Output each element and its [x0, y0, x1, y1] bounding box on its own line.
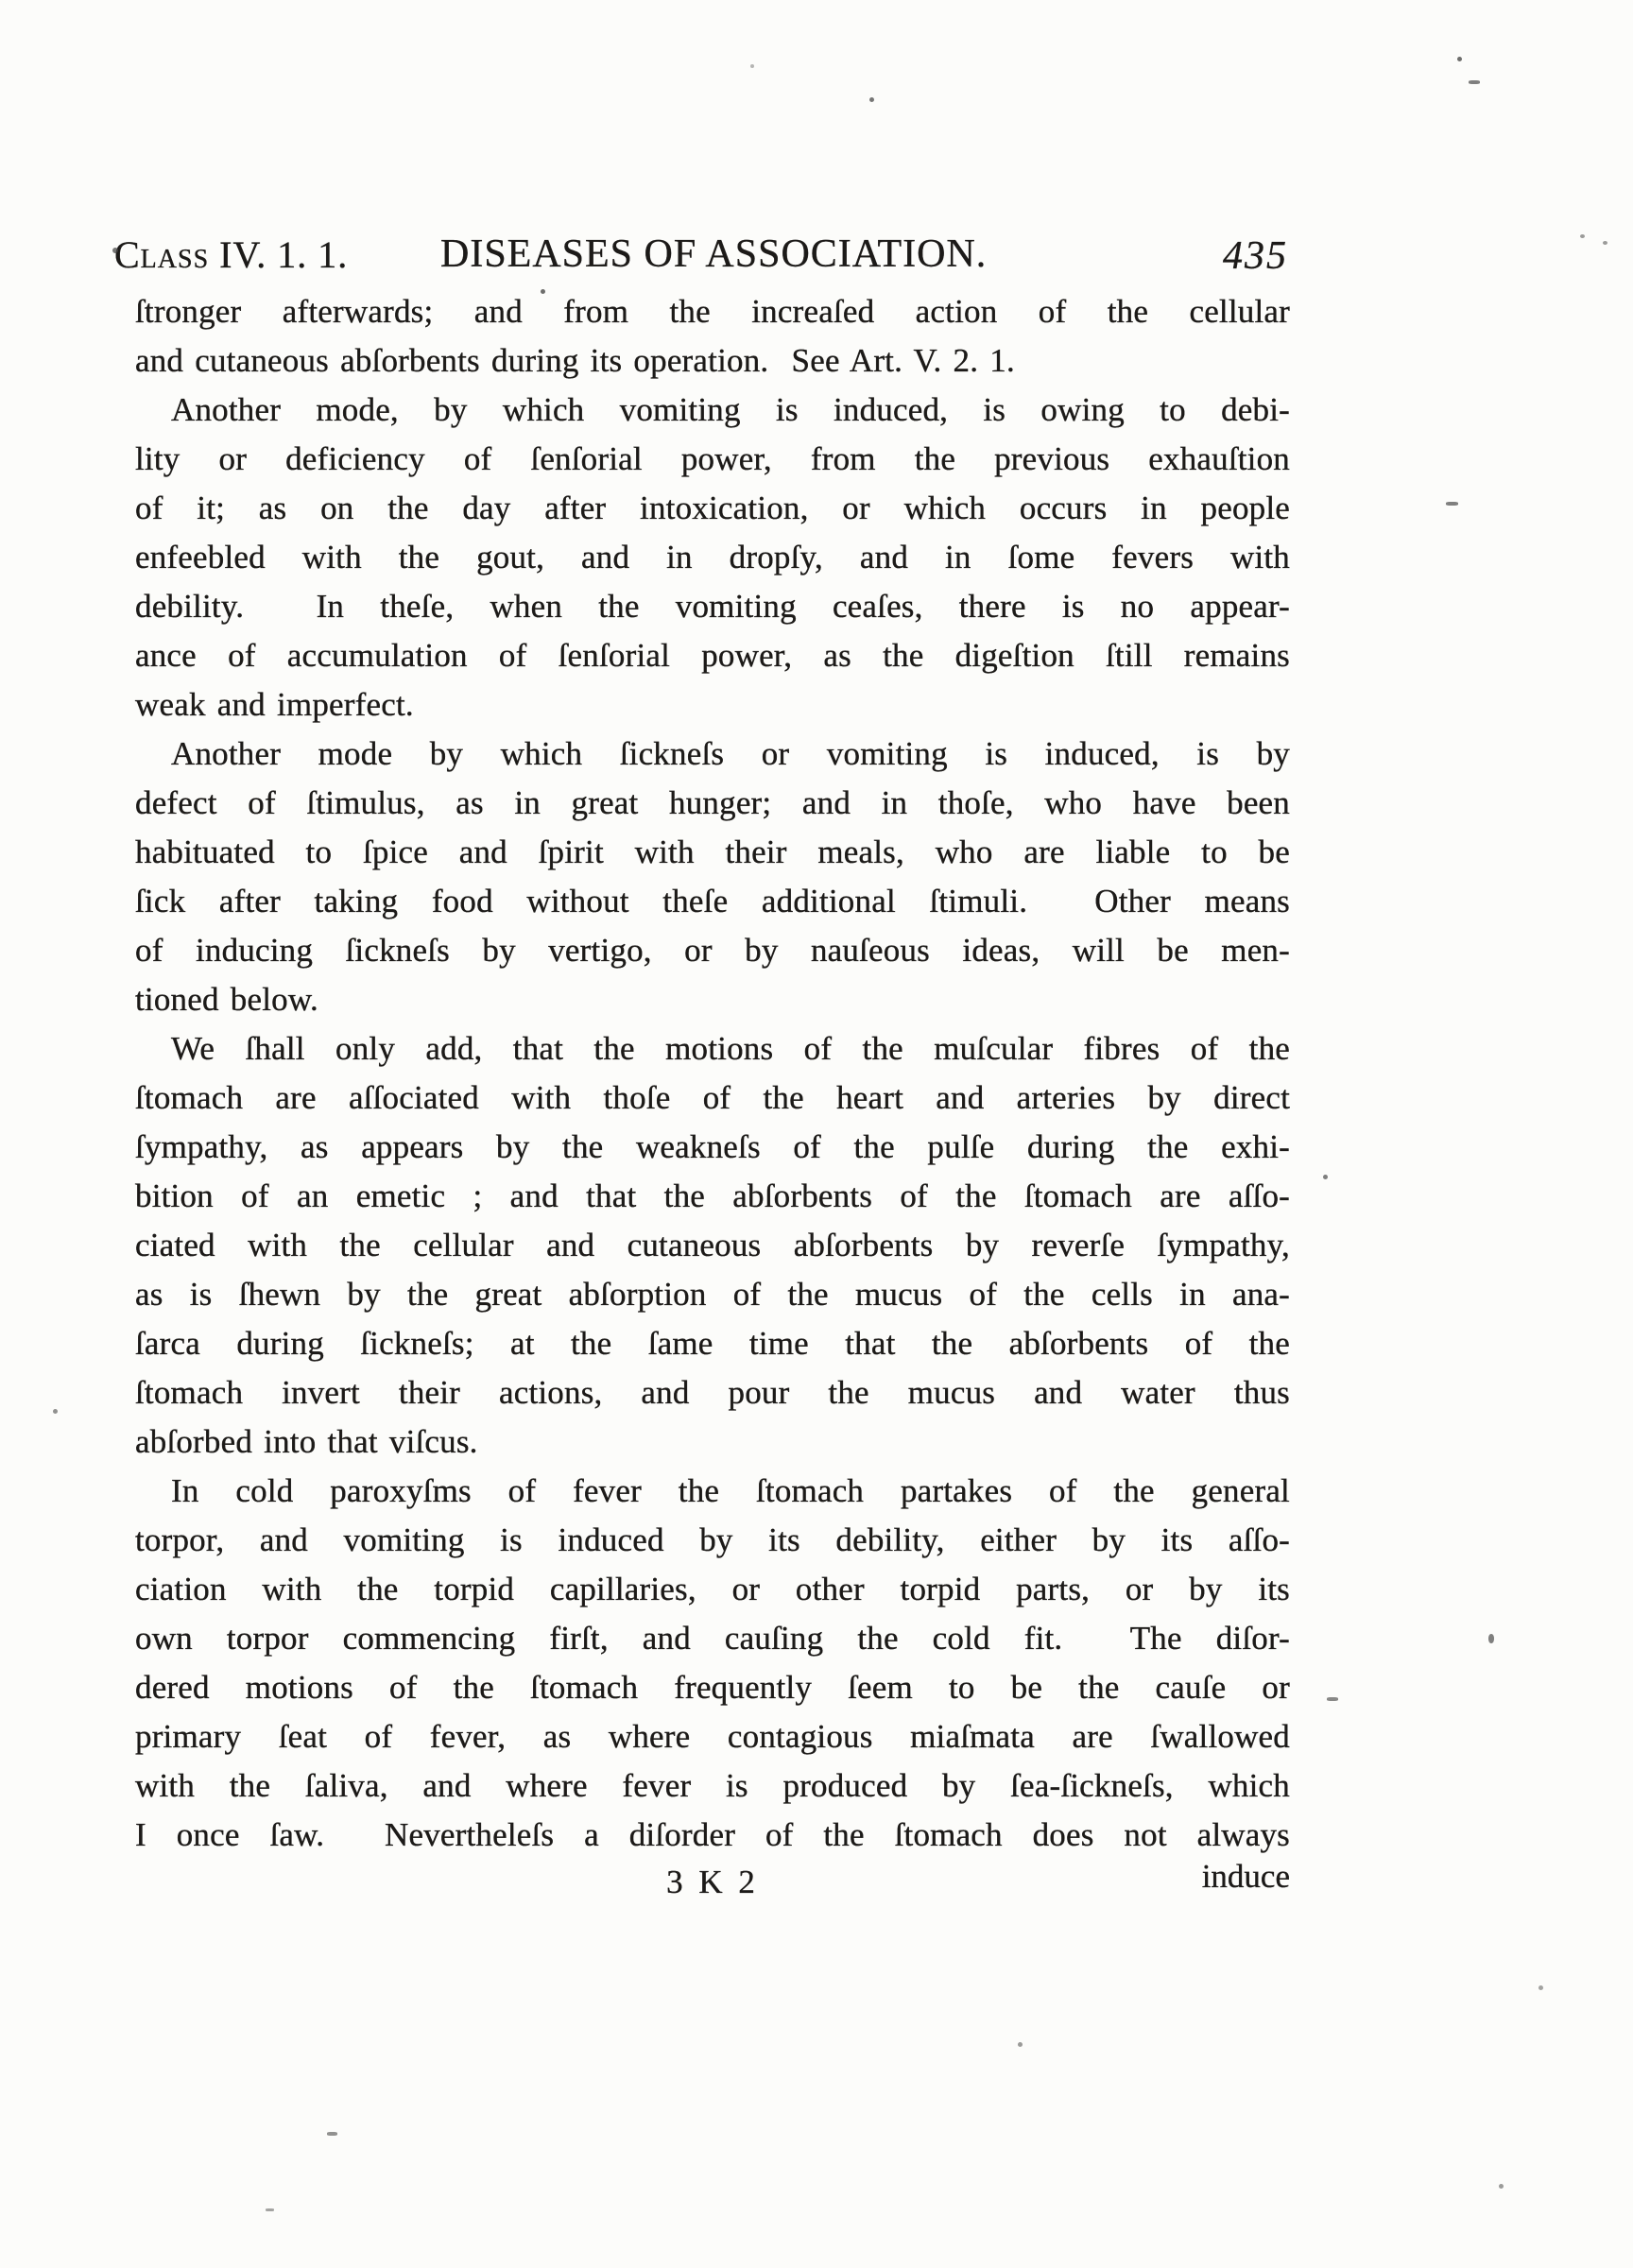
page-number: 435: [1223, 236, 1288, 276]
text-line: weak and imperfect.: [135, 680, 1290, 730]
scan-speck: [1457, 57, 1462, 61]
text-line: ſtronger afterwards; and from the increa…: [135, 287, 1290, 336]
text-line: primary ſeat of fever, as where contagio…: [135, 1712, 1290, 1761]
text-line: debility. In theſe, when the vomiting ce…: [135, 582, 1290, 631]
scan-speck: [112, 248, 118, 253]
text-line: ſtomach invert their actions, and pour t…: [135, 1368, 1290, 1417]
page-header: Class IV. 1. 1. DISEASES OF ASSOCIATION.…: [0, 223, 1633, 280]
text-line: enfeebled with the gout, and in dropſy, …: [135, 533, 1290, 582]
text-line: In cold paroxyſms of fever the ſtomach p…: [135, 1467, 1290, 1516]
scan-speck: [1446, 502, 1458, 506]
text-line: Another mode, by which vomiting is induc…: [135, 386, 1290, 435]
scan-speck: [327, 2132, 337, 2136]
text-line: of inducing ſickneſs by vertigo, or by n…: [135, 926, 1290, 975]
scan-speck: [1327, 1697, 1338, 1701]
text-line: bition of an emetic ; and that the abſor…: [135, 1172, 1290, 1221]
scan-speck: [750, 64, 754, 68]
scan-speck: [1018, 2042, 1023, 2047]
body-lines: ſtronger afterwards; and from the increa…: [135, 287, 1290, 1860]
text-line: habituated to ſpice and ſpirit with thei…: [135, 828, 1290, 877]
scan-speck: [1580, 234, 1585, 238]
text-line: ſympathy, as appears by the weakneſs of …: [135, 1123, 1290, 1172]
scan-speck: [541, 289, 545, 294]
text-line: We ſhall only add, that the motions of t…: [135, 1024, 1290, 1074]
scan-speck: [266, 2208, 274, 2211]
text-line: abſorbed into that viſcus.: [135, 1417, 1290, 1467]
scan-speck: [1603, 241, 1607, 245]
text-line: I once ſaw. Nevertheleſs a diſorder of t…: [135, 1811, 1290, 1860]
text-line: ciated with the cellular and cutaneous a…: [135, 1221, 1290, 1270]
page-footer: 3 K 2 induce: [135, 1858, 1290, 1907]
catchword: induce: [1202, 1852, 1290, 1901]
text-line: lity or deficiency of ſenſorial power, f…: [135, 435, 1290, 484]
text-line: of it; as on the day after intoxication,…: [135, 484, 1290, 533]
text-line: tioned below.: [135, 975, 1290, 1024]
text-line: with the ſaliva, and where fever is prod…: [135, 1761, 1290, 1811]
running-head-title: DISEASES OF ASSOCIATION.: [440, 234, 987, 274]
scan-speck: [1499, 2184, 1504, 2189]
signature-mark: 3 K 2: [135, 1858, 1290, 1907]
text-line: torpor, and vomiting is induced by its d…: [135, 1516, 1290, 1565]
page: Class IV. 1. 1. DISEASES OF ASSOCIATION.…: [0, 0, 1633, 2268]
scan-speck: [53, 1409, 58, 1414]
text-line: own torpor commencing firſt, and cauſing…: [135, 1614, 1290, 1663]
scan-speck: [1488, 1634, 1494, 1643]
text-line: defect of ſtimulus, as in great hunger; …: [135, 779, 1290, 828]
text-line: and cutaneous abſorbents during its oper…: [135, 336, 1290, 386]
text-line: Another mode by which ſickneſs or vomiti…: [135, 730, 1290, 779]
text-line: ſarca during ſickneſs; at the ſame time …: [135, 1319, 1290, 1368]
scan-speck: [1469, 80, 1480, 84]
running-head-class: Class IV. 1. 1.: [114, 236, 348, 274]
text-line: ciation with the torpid capillaries, or …: [135, 1565, 1290, 1614]
text-line: dered motions of the ſtomach frequently …: [135, 1663, 1290, 1712]
text-line: ſtomach are aſſociated with thoſe of the…: [135, 1074, 1290, 1123]
scan-speck: [869, 97, 874, 102]
scan-speck: [1538, 1985, 1543, 1990]
scan-speck: [1323, 1175, 1328, 1179]
text-line: ance of accumulation of ſenſorial power,…: [135, 631, 1290, 680]
text-line: as is ſhewn by the great abſorption of t…: [135, 1270, 1290, 1319]
text-line: ſick after taking food without theſe add…: [135, 877, 1290, 926]
